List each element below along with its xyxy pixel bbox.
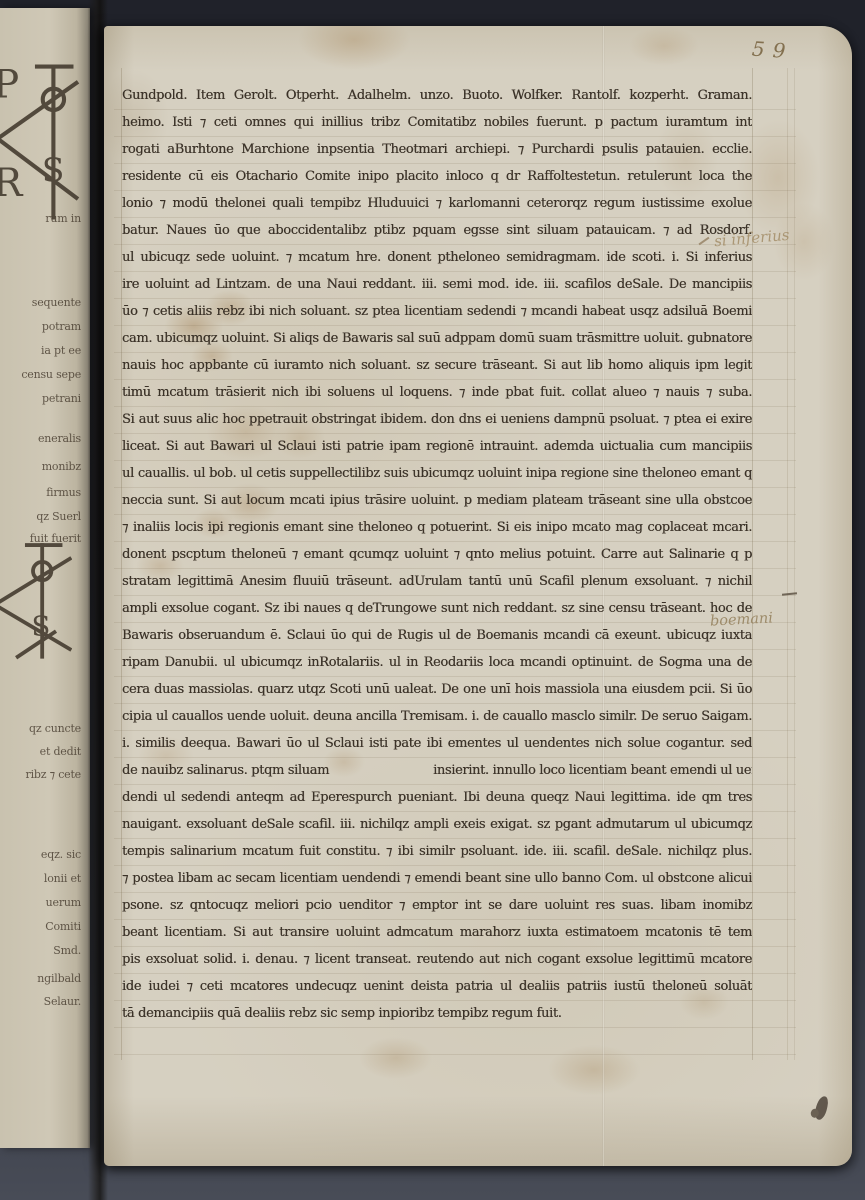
facing-text-fragment: ia pt ee: [41, 344, 81, 357]
facing-text-fragment: eqz. sic: [41, 848, 81, 861]
manuscript-line: stratam legittimā Anesim fluuiū trāseunt…: [122, 568, 752, 595]
facing-text-fragment: et dedit: [40, 745, 81, 758]
manuscript-line: psone. sz qntocuqz meliori pcio uenditor…: [122, 892, 752, 919]
folio-number: 59: [751, 37, 794, 64]
manuscript-line: ripam Danubii. ul ubicumqz inRotalariis.…: [122, 649, 752, 676]
manuscript-line: de nauibz salinarus. ptqm siluaminsierin…: [122, 757, 752, 784]
manuscript-line: ūo ⁊ cetis aliis rebz ibi nich soluant. …: [122, 298, 752, 325]
facing-text-fragment: potram: [42, 320, 81, 333]
text-block: Gundpold. Item Gerolt. Otperht. Adalhelm…: [122, 82, 752, 1027]
manuscript-line: heimo. Isti ⁊ ceti omnes qui inillius tr…: [122, 109, 752, 136]
facing-text-fragment: monibz: [42, 460, 81, 473]
manuscript-line: rogati aBurhtone Marchione inpsentia The…: [122, 136, 752, 163]
manuscript-line: cera duas massiolas. quarz utqz Scoti un…: [122, 676, 752, 703]
manuscript-line: dendi ul sedendi anteqm ad Eperespurch p…: [122, 784, 752, 811]
manuscript-line: Bawaris obseruandum ē. Sclaui ūo qui de …: [122, 622, 752, 649]
manuscript-line: timū mcatum trāsierit nich ibi soluens u…: [122, 379, 752, 406]
margin-vertical-1: [787, 68, 788, 1060]
margin-vertical-2: [794, 68, 795, 1060]
manuscript-line: ide iudei ⁊ ceti mcatores undecuqz uenin…: [122, 973, 752, 1000]
facing-text-fragment: sequente: [32, 296, 81, 309]
manuscript-line: ⁊ inaliis locis ipi regionis emant sine …: [122, 514, 752, 541]
manuscript-line: ul ubicuqz sede uoluint. ⁊ mcatum hre. d…: [122, 244, 752, 271]
manuscript-line: donent pscptum theloneū ⁊ emant qcumqz u…: [122, 541, 752, 568]
manuscript-line: tempis salinarium mcatum fuit constitu. …: [122, 838, 752, 865]
manuscript-line: batur. Naues ūo que aboccidentalibz ptib…: [122, 217, 752, 244]
facing-text-fragment: firmus: [46, 486, 81, 499]
facing-text-fragment: uerum: [46, 896, 81, 909]
facing-text-fragment: Smd.: [53, 944, 81, 957]
facing-page-edge: P R S S rum insequentepotramia pt eecens…: [0, 8, 90, 1148]
facing-text-fragment: fuit fuerit: [30, 532, 81, 545]
manuscript-line: ire uoluint ad Lintzam. de una Naui redd…: [122, 271, 752, 298]
manuscript-line: i. similis deequa. Bawari ūo ul Sclaui i…: [122, 730, 752, 757]
facing-text-fragment: Comiti: [45, 920, 81, 933]
facing-text-fragment: censu sepe: [21, 368, 81, 381]
manuscript-line: neccia sunt. Si aut locum mcati ipius tr…: [122, 487, 752, 514]
facing-text-fragment: petrani: [42, 392, 81, 405]
manuscript-line: liceat. Si aut Bawari ul Sclaui isti pat…: [122, 433, 752, 460]
facing-text-fragment: ribz ⁊ cete: [26, 768, 81, 781]
manuscript-line: nauis hoc appbante cū iuramto nich solua…: [122, 352, 752, 379]
facing-text-fragment: lonii et: [44, 872, 81, 885]
manuscript-line: ⁊ postea libam ac secam licentiam uenden…: [122, 865, 752, 892]
manuscript-line: ul cauallis. ul bob. ul cetis suppellect…: [122, 460, 752, 487]
margin-note-boemani: boemani: [710, 610, 774, 629]
facing-text-fragment: qz cuncte: [29, 722, 81, 735]
erased-gap: [329, 757, 433, 784]
svg-text:S: S: [31, 610, 50, 642]
manuscript-photo: P R S S rum insequentepotramia pt eecens…: [0, 0, 865, 1200]
manuscript-line: cam. ubicumqz uoluint. Si aliqs de Bawar…: [122, 325, 752, 352]
manuscript-line: pis exsoluat solid. i. denau. ⁊ licent t…: [122, 946, 752, 973]
manuscript-line: Gundpold. Item Gerolt. Otperht. Adalhelm…: [122, 82, 752, 109]
manuscript-line: ampli exsolue cogant. Sz ibi naues q deT…: [122, 595, 752, 622]
manuscript-line: cipia ul cauallos uende uoluit. deuna an…: [122, 703, 752, 730]
svg-text:S: S: [42, 151, 64, 189]
facing-text-fragment: qz Suerl: [36, 510, 81, 523]
facing-text-fragment: eneralis: [38, 432, 81, 445]
facing-text-fragment: Selaur.: [44, 995, 81, 1008]
svg-text:R: R: [0, 160, 24, 206]
manuscript-page: 59 Gundpold. Item Gerolt. Otperht. Adalh…: [104, 26, 852, 1166]
manuscript-line: residente cū eis Otachario Comite inipo …: [122, 163, 752, 190]
manuscript-line: Si aut suus alic hoc ppetrauit obstringa…: [122, 406, 752, 433]
facing-text-fragment: rum in: [45, 212, 81, 225]
svg-text:P: P: [0, 62, 19, 108]
facing-text-fragment: ngilbald: [37, 972, 81, 985]
manuscript-line: beant licentiam. Si aut transire uoluint…: [122, 919, 752, 946]
manuscript-line: tā demancipiis quā dealiis rebz sic semp…: [122, 1000, 752, 1027]
manuscript-line: nauigant. exsoluant deSale scafil. iii. …: [122, 811, 752, 838]
manuscript-line: lonio ⁊ modū thelonei quali tempibz Hlud…: [122, 190, 752, 217]
ruling-vertical-right: [752, 68, 753, 1060]
chrismon-monogram-bottom: S: [0, 542, 72, 672]
chrismon-monogram-top: P R S: [0, 60, 80, 224]
